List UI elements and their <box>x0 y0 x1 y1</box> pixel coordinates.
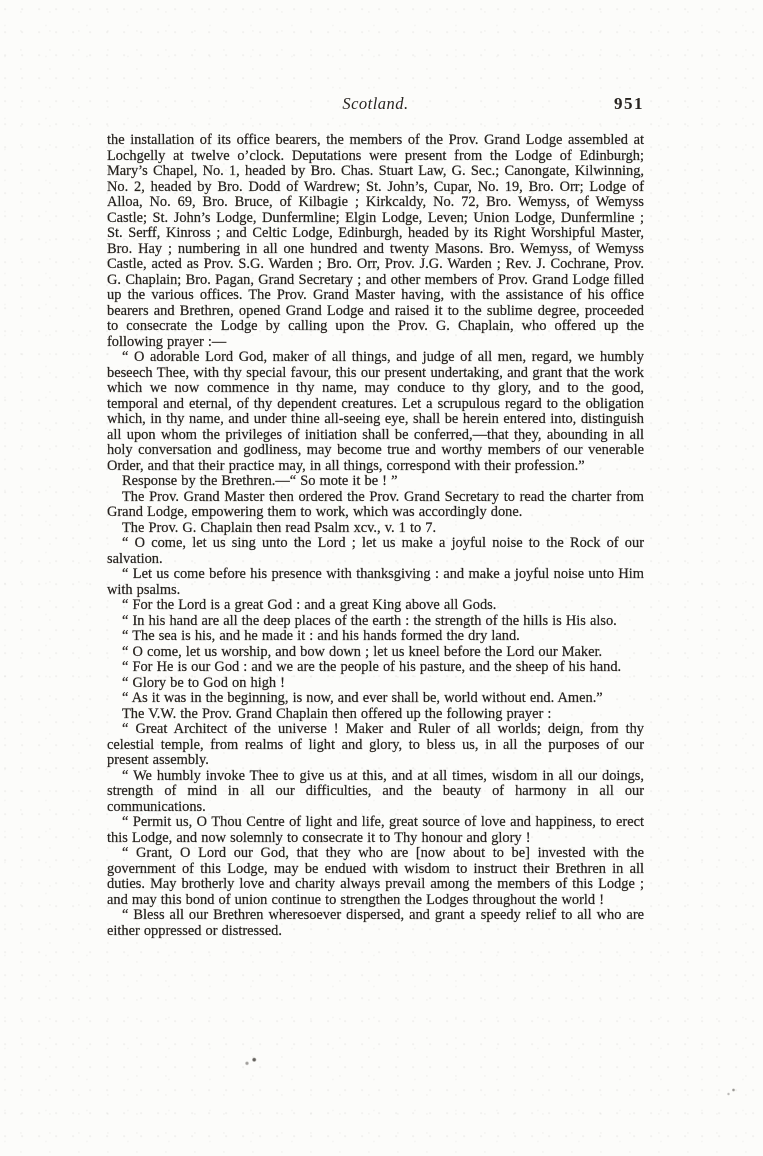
scanned-page: Scotland. 951 the installation of its of… <box>0 0 763 1156</box>
paragraph-continuation: the installation of its office bearers, … <box>107 133 644 350</box>
paragraph-gloria-1: “ Glory be to God on high ! <box>107 676 644 692</box>
page-header: Scotland. 951 <box>107 94 644 116</box>
paragraph-psalm-verse-4: “ In his hand are all the deep places of… <box>107 614 644 630</box>
page-number: 951 <box>614 94 644 114</box>
paragraph-prayer-2a: “ Great Architect of the universe ! Make… <box>107 722 644 769</box>
paragraph-charter: The Prov. Grand Master then ordered the … <box>107 490 644 521</box>
paragraph-chaplain-intro: The V.W. the Prov. Grand Chaplain then o… <box>107 707 644 723</box>
paragraph-psalm-verse-7: “ For He is our God : and we are the peo… <box>107 660 644 676</box>
article-body: the installation of its office bearers, … <box>107 133 644 939</box>
paragraph-response: Response by the Brethren.—“ So mote it b… <box>107 474 644 490</box>
paragraph-prayer-2c: “ Permit us, O Thou Centre of light and … <box>107 815 644 846</box>
paragraph-prayer-2b: “ We humbly invoke Thee to give us at th… <box>107 769 644 816</box>
paragraph-prayer-2d: “ Grant, O Lord our God, that they who a… <box>107 846 644 908</box>
paragraph-prayer-2e: “ Bless all our Brethren wheresoever dis… <box>107 908 644 939</box>
section-title: Scotland. <box>107 94 644 114</box>
ink-smudge <box>243 1057 259 1066</box>
paragraph-psalm-verse-1: “ O come, let us sing unto the Lord ; le… <box>107 536 644 567</box>
paragraph-psalm-verse-5: “ The sea is his, and he made it : and h… <box>107 629 644 645</box>
ink-speck <box>726 1088 736 1096</box>
paragraph-psalm-verse-3: “ For the Lord is a great God : and a gr… <box>107 598 644 614</box>
paragraph-prayer-1: “ O adorable Lord God, maker of all thin… <box>107 350 644 474</box>
paragraph-psalm-verse-6: “ O come, let us worship, and bow down ;… <box>107 645 644 661</box>
paragraph-gloria-2: “ As it was in the beginning, is now, an… <box>107 691 644 707</box>
paragraph-psalm-verse-2: “ Let us come before his presence with t… <box>107 567 644 598</box>
paragraph-psalm-intro: The Prov. G. Chaplain then read Psalm xc… <box>107 521 644 537</box>
